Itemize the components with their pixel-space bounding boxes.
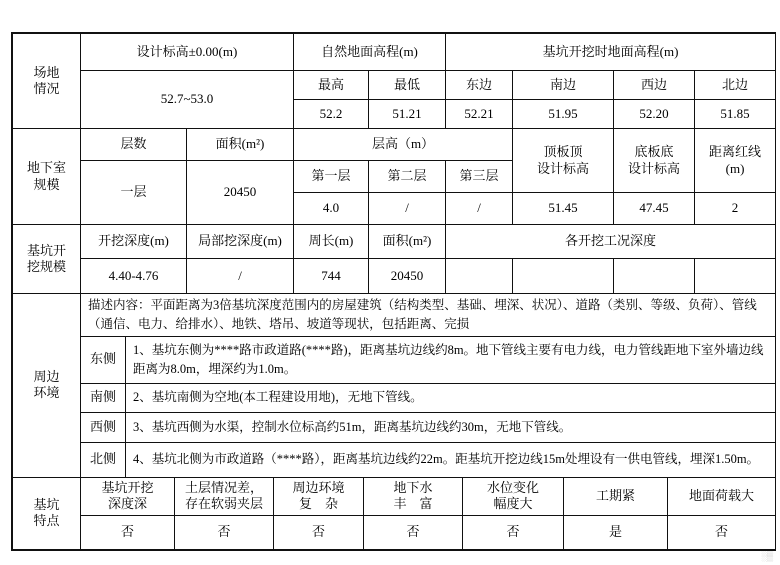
feature-environment-header: 周边环境 复 杂 — [274, 477, 364, 515]
floors-value: 一层 — [81, 161, 187, 225]
perimeter-value: 744 — [294, 259, 369, 294]
natural-min-label: 最低 — [369, 71, 446, 100]
floor1-height-value: 4.0 — [294, 193, 369, 225]
pit-overview-table: 场地 情况 设计标高±0.00(m) 自然地面高程(m) 基坑开挖时地面高程(m… — [12, 33, 775, 550]
ground-east-label: 东边 — [446, 71, 513, 100]
perimeter-header: 周长(m) — [294, 225, 369, 259]
surroundings-description: 描述内容：平面距离为3倍基坑深度范围内的房屋建筑（结构类型、基础、埋深、状况）、… — [81, 294, 776, 337]
feature-groundwater-value: 否 — [364, 515, 463, 549]
roof-top-elevation-value: 51.45 — [513, 193, 614, 225]
slab-bottom-elevation-value: 47.45 — [614, 193, 695, 225]
ground-north-value: 51.85 — [695, 100, 776, 129]
partial-depth-value: / — [187, 259, 294, 294]
feature-water-level-value: 否 — [463, 515, 564, 549]
ground-north-label: 北边 — [695, 71, 776, 100]
document-page: 场地 情况 设计标高±0.00(m) 自然地面高程(m) 基坑开挖时地面高程(m… — [0, 0, 780, 565]
feature-surface-load-header: 地面荷载大 — [668, 477, 776, 515]
floor-height-header: 层高（m） — [294, 129, 513, 161]
pit-area-value: 20450 — [369, 259, 446, 294]
row-label-site-conditions: 场地 情况 — [13, 34, 81, 129]
side-label-north: 北侧 — [81, 442, 126, 477]
feature-environment-value: 否 — [274, 515, 364, 549]
stage-depth-cell-1 — [446, 259, 513, 294]
row-label-pit-features: 基坑 特点 — [13, 477, 81, 549]
ground-west-value: 52.20 — [614, 100, 695, 129]
floor2-label: 第二层 — [369, 161, 446, 193]
red-line-distance-value: 2 — [695, 193, 776, 225]
feature-soil-value: 否 — [175, 515, 274, 549]
feature-schedule-value: 是 — [564, 515, 668, 549]
excavation-ground-header: 基坑开挖时地面高程(m) — [446, 34, 776, 71]
basement-area-value: 20450 — [187, 161, 294, 225]
floors-header: 层数 — [81, 129, 187, 161]
table-surroundings: 周边 环境 描述内容：平面距离为3倍基坑深度范围内的房屋建筑（结构类型、基础、埋… — [12, 293, 776, 478]
side-text-north: 4、基坑北侧为市政道路（****路），距离基坑边线约22m。距基坑开挖边线15m… — [126, 442, 776, 477]
excavation-depth-value: 4.40-4.76 — [81, 259, 187, 294]
natural-max-label: 最高 — [294, 71, 369, 100]
excavation-depth-header: 开挖深度(m) — [81, 225, 187, 259]
natural-max-value: 52.2 — [294, 100, 369, 129]
stage-depth-header: 各开挖工况深度 — [446, 225, 776, 259]
stage-depth-cell-4 — [695, 259, 776, 294]
ground-east-value: 52.21 — [446, 100, 513, 129]
feature-depth-value: 否 — [81, 515, 175, 549]
side-label-east: 东侧 — [81, 336, 126, 383]
feature-schedule-header: 工期紧 — [564, 477, 668, 515]
partial-depth-header: 局部挖深度(m) — [187, 225, 294, 259]
feature-depth-header: 基坑开挖 深度深 — [81, 477, 175, 515]
ground-south-label: 南边 — [513, 71, 614, 100]
side-text-east: 1、基坑东侧为****路市政道路(****路)，距离基坑边线约8m。地下管线主要… — [126, 336, 776, 383]
natural-ground-header: 自然地面高程(m) — [294, 34, 446, 71]
design-elevation-value: 52.7~53.0 — [81, 71, 294, 129]
slab-bottom-elevation-header: 底板底 设计标高 — [614, 129, 695, 193]
floor3-height-value: / — [446, 193, 513, 225]
row-label-surroundings: 周边 环境 — [13, 294, 81, 478]
side-label-west: 西侧 — [81, 412, 126, 442]
table-upper-sections: 场地 情况 设计标高±0.00(m) 自然地面高程(m) 基坑开挖时地面高程(m… — [12, 33, 776, 294]
basement-area-header: 面积(m²) — [187, 129, 294, 161]
stage-depth-cell-3 — [614, 259, 695, 294]
roof-top-elevation-header: 顶板顶 设计标高 — [513, 129, 614, 193]
side-label-south: 南侧 — [81, 383, 126, 412]
floor2-height-value: / — [369, 193, 446, 225]
ground-south-value: 51.95 — [513, 100, 614, 129]
feature-water-level-header: 水位变化 幅度大 — [463, 477, 564, 515]
row-label-basement-scale: 地下室 规模 — [13, 129, 81, 225]
table-pit-features: 基坑 特点 基坑开挖 深度深 土层情况差， 存在软弱夹层 周边环境 复 杂 地下… — [12, 477, 776, 550]
red-line-distance-header: 距离红线 (m) — [695, 129, 776, 193]
feature-soil-header: 土层情况差， 存在软弱夹层 — [175, 477, 274, 515]
feature-surface-load-value: 否 — [668, 515, 776, 549]
stage-depth-cell-2 — [513, 259, 614, 294]
side-text-west: 3、基坑西侧为水渠，控制水位标高约51m，距离基坑边线约30m，无地下管线。 — [126, 412, 776, 442]
pit-area-header: 面积(m²) — [369, 225, 446, 259]
feature-groundwater-header: 地下水 丰 富 — [364, 477, 463, 515]
floor1-label: 第一层 — [294, 161, 369, 193]
floor3-label: 第三层 — [446, 161, 513, 193]
corner-watermark: ░▒ — [761, 551, 772, 561]
side-text-south: 2、基坑南侧为空地(本工程建设用地)，无地下管线。 — [126, 383, 776, 412]
design-elevation-header: 设计标高±0.00(m) — [81, 34, 294, 71]
natural-min-value: 51.21 — [369, 100, 446, 129]
row-label-pit-scale: 基坑开 挖规模 — [13, 225, 81, 294]
ground-west-label: 西边 — [614, 71, 695, 100]
